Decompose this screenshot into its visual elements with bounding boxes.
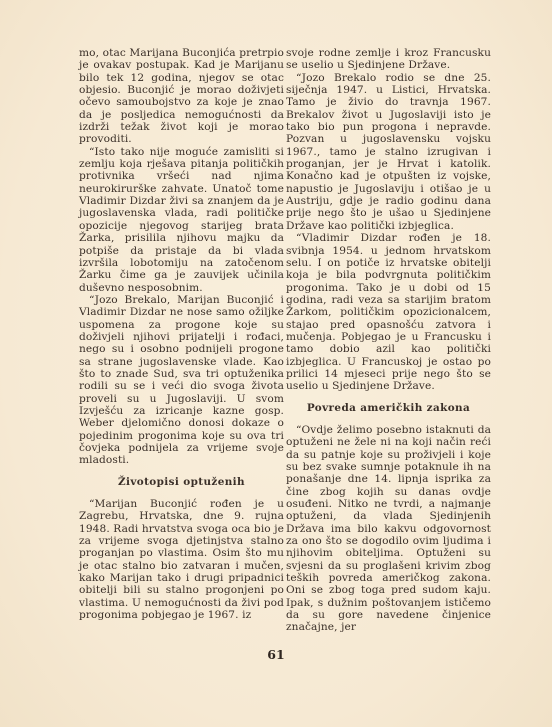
left-paragraph-1: mo, otac Marijana Buconjića pretrpio je …	[79, 47, 284, 146]
right-paragraph-3: “Vladimir Dizdar rođen je 18. svibnja 19…	[286, 232, 491, 392]
right-paragraph-2: “Jozo Brekalo rodio se dne 25. siječnja …	[286, 72, 491, 232]
left-paragraph-4: “Marijan Buconjić rođen je u Zagrebu, Hr…	[79, 498, 284, 621]
section-heading-biographies: Životopisi optuženih	[79, 476, 284, 488]
right-paragraph-1: svoje rodne zemlje i kroz Francusku se u…	[286, 47, 491, 72]
left-column: mo, otac Marijana Buconjića pretrpio je …	[79, 47, 284, 621]
left-paragraph-3: “Jozo Brekalo, Marijan Buconjić i Vladim…	[79, 294, 284, 467]
left-paragraph-2: “Isto tako nije moguće zamisliti si zeml…	[79, 146, 284, 294]
right-column: svoje rodne zemlje i kroz Francusku se u…	[286, 47, 491, 634]
section-heading-violation: Povreda američkih zakona	[286, 402, 491, 414]
document-page: mo, otac Marijana Buconjića pretrpio je …	[0, 0, 552, 727]
page-number: 61	[0, 647, 552, 662]
right-paragraph-4: “Ovdje želimo posebno istaknuti da optuž…	[286, 424, 491, 634]
